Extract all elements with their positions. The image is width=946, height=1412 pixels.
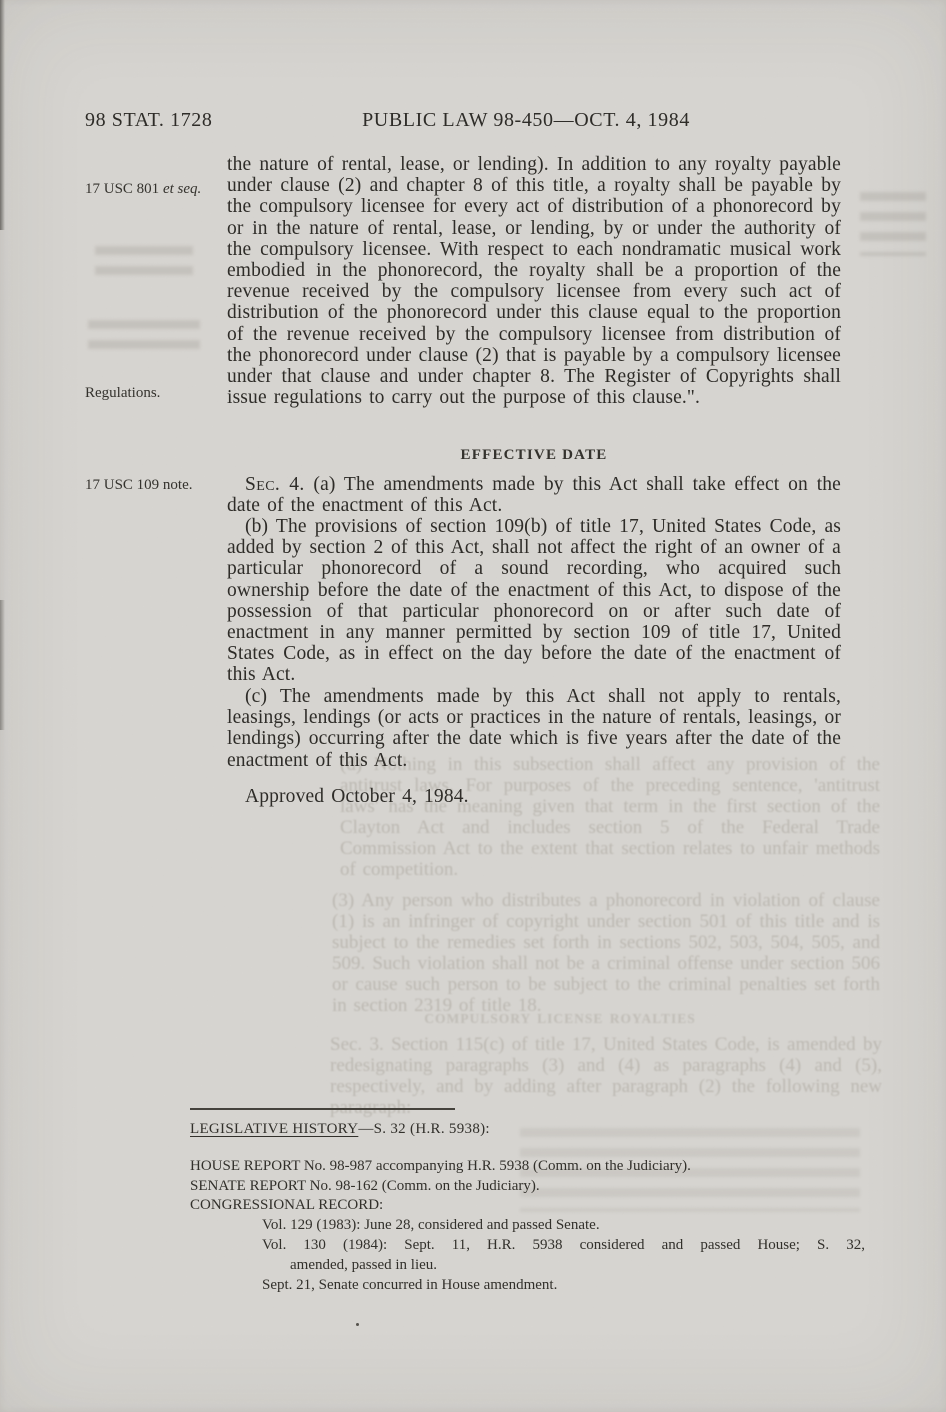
- royalty-paragraph: the nature of rental, lease, or lending)…: [227, 154, 841, 408]
- bleedthrough-smudge: [88, 320, 200, 358]
- bleedthrough-text: Sec. 3. Section 115(c) of title 17, Unit…: [330, 1034, 882, 1118]
- record-entry-continuation: amended, passed in lieu.: [290, 1256, 865, 1276]
- legislative-history-title: LEGISLATIVE HISTORY: [190, 1121, 358, 1137]
- margin-note-italic: et seq.: [163, 181, 201, 197]
- record-entry: Vol. 129 (1983): June 28, considered and…: [262, 1216, 865, 1236]
- record-entry: Sept. 21, Senate concurred in House amen…: [262, 1276, 865, 1296]
- bleedthrough-heading: COMPULSORY LICENSE ROYALTIES: [280, 1008, 840, 1029]
- legislative-history-block: LEGISLATIVE HISTORY—S. 32 (H.R. 5938): H…: [190, 1120, 865, 1295]
- scan-speck: [356, 1323, 359, 1326]
- senate-report-line: SENATE REPORT No. 98-162 (Comm. on the J…: [190, 1177, 865, 1197]
- margin-note-regulations: Regulations.: [85, 383, 227, 403]
- effective-date-heading: EFFECTIVE DATE: [227, 447, 841, 464]
- section-4c-paragraph: (c) The amendments made by this Act shal…: [227, 686, 841, 771]
- scan-edge-shadow: [0, 0, 5, 230]
- margin-note-usc-109: 17 USC 109 note.: [85, 475, 235, 495]
- section-4a-paragraph: Sec. 4. (a) The amendments made by this …: [227, 474, 841, 516]
- statute-page: 98 STAT. 1728 PUBLIC LAW 98-450—OCT. 4, …: [0, 0, 946, 1412]
- bleedthrough-smudge: [860, 192, 926, 256]
- legislative-history-rule: [190, 1108, 455, 1110]
- bleedthrough-text: (d) Nothing in this subsection shall aff…: [340, 754, 880, 880]
- section-label: Sec. 4.: [245, 474, 305, 495]
- congressional-record-line: CONGRESSIONAL RECORD:: [190, 1196, 865, 1216]
- public-law-running-head: PUBLIC LAW 98-450—OCT. 4, 1984: [236, 109, 816, 132]
- legislative-history-bill: —S. 32 (H.R. 5938):: [358, 1121, 490, 1137]
- legislative-history-heading: LEGISLATIVE HISTORY—S. 32 (H.R. 5938):: [190, 1120, 865, 1140]
- margin-note-text: 17 USC 801: [85, 181, 163, 197]
- section-4b-paragraph: (b) The provisions of section 109(b) of …: [227, 516, 841, 686]
- section-4a-text: (a) The amendments made by this Act shal…: [227, 474, 841, 516]
- stat-page-citation: 98 STAT. 1728: [85, 109, 213, 132]
- bleedthrough-text: (3) Any person who distributes a phonore…: [332, 890, 880, 1016]
- scan-edge-shadow: [0, 600, 5, 730]
- record-entry: Vol. 130 (1984): Sept. 11, H.R. 5938 con…: [262, 1236, 865, 1256]
- margin-note-usc-801: 17 USC 801 et seq.: [85, 179, 227, 199]
- bleedthrough-smudge: [95, 246, 193, 278]
- house-report-line: HOUSE REPORT No. 98-987 accompanying H.R…: [190, 1157, 865, 1177]
- approved-line: Approved October 4, 1984.: [227, 786, 841, 807]
